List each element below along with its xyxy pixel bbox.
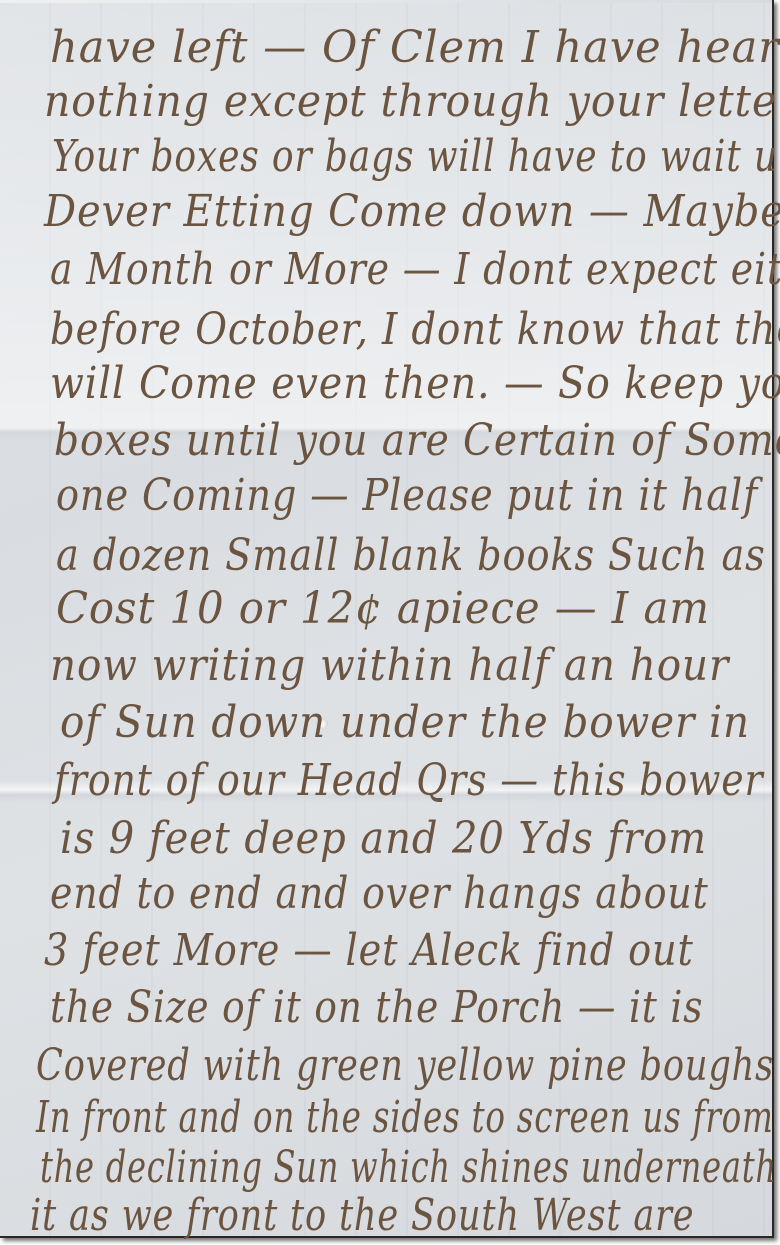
text-line: In front and on the sides to screen us f… [36, 1092, 774, 1143]
text-line: front of our Head Qrs — this bower [54, 755, 763, 806]
text-line: Cost 10 or 12¢ apiece — I am [56, 583, 710, 634]
text-line: end to end and over hangs about [50, 868, 709, 919]
text-line: a Month or More — I dont expect either [50, 244, 780, 295]
text-line: Your boxes or bags will have to wait unt… [52, 131, 780, 182]
letter-page: have left — Of Clem I have heard nothing… [0, 0, 774, 1238]
text-line: 3 feet More — let Aleck find out [44, 925, 694, 976]
text-line: now writing within half an hour [50, 640, 729, 691]
text-line: before October, I dont know that they [50, 304, 780, 355]
text-line: a dozen Small blank books Such as [56, 530, 766, 581]
text-line: one Coming — Please put in it half [56, 470, 758, 521]
text-line: is 9 feet deep and 20 Yds from [60, 813, 707, 864]
text-line: it as we front to the South West are [30, 1190, 694, 1241]
text-line: Dever Etting Come down — Maybe for [44, 186, 780, 237]
text-line: nothing except through your letters [44, 76, 780, 127]
text-line: boxes until you are Certain of Some [54, 415, 780, 466]
text-line: Covered with green yellow pine boughs — [36, 1040, 780, 1091]
text-line: have left — Of Clem I have heard [50, 22, 780, 73]
text-line: of Sun down under the bower in [60, 697, 750, 748]
text-line: will Come even then. — So keep your [50, 358, 780, 409]
text-line: the declining Sun which shines underneat… [40, 1142, 777, 1193]
text-line: the Size of it on the Porch — it is [50, 982, 703, 1033]
